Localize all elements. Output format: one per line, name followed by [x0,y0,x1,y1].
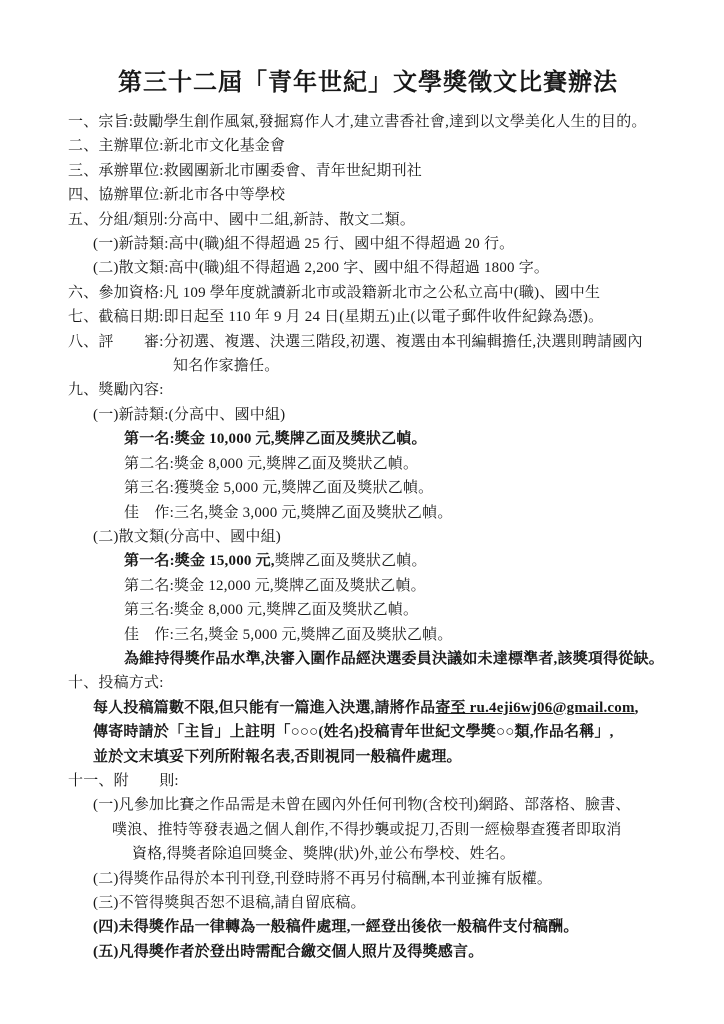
text-run: 二、主辦單位:新北市文化基金會 [68,138,285,154]
text-run: 每人投稿篇數不限,但只能有一篇進入決選,請將作品 [93,700,435,716]
doc-line: 二、主辦單位:新北市文化基金會 [68,134,668,158]
text-run: 第二名:獎金 12,000 元,獎牌乙面及獎狀乙幀。 [124,578,426,594]
text-run: 佳 作:三名,獎金 5,000 元,獎牌乙面及獎狀乙幀。 [124,627,453,643]
text-run: 第三名:獲獎金 5,000 元,獎牌乙面及獎狀乙幀。 [124,480,433,496]
text-run: 為維持得獎作品水準,決審入圍作品經決選委員決議如未達標準者,該獎項得從缺。 [124,651,664,667]
doc-line: 並於文末填妥下列所附報名表,否則視同一般稿件處理。 [68,745,668,769]
doc-line: 三、承辦單位:救國團新北市團委會、青年世紀期刊社 [68,159,668,183]
doc-line: (二)散文類(分高中、國中組) [68,525,668,549]
doc-line: 第三名:獲獎金 5,000 元,獎牌乙面及獎狀乙幀。 [68,476,668,500]
text-run: 四、協辦單位:新北市各中等學校 [68,187,285,203]
text-run: 並於文末填妥下列所附報名表,否則視同一般稿件處理。 [93,749,462,765]
doc-line: 第一名:獎金 10,000 元,獎牌乙面及獎狀乙幀。 [68,427,668,451]
document-title: 第三十二屆「青年世紀」文學獎徵文比賽辦法 [68,62,668,97]
text-run: (二)散文類:高中(職)組不得超過 2,200 字、國中組不得超過 1800 字… [93,260,549,276]
doc-line: 第一名:獎金 15,000 元,獎牌乙面及獎狀乙幀。 [68,549,668,573]
doc-line: 傳寄時請於「主旨」上註明「○○○(姓名)投稿青年世紀文學獎○○類,作品名稱」, [68,720,668,744]
text-run: 七、截稿日期:即日起至 110 年 9 月 24 日(星期五)止(以電子郵件收件… [68,309,603,325]
doc-line: (一)新詩類:(分高中、國中組) [68,403,668,427]
doc-line: 第二名:獎金 8,000 元,獎牌乙面及獎狀乙幀。 [68,452,668,476]
text-run: (一)新詩類:(分高中、國中組) [93,407,285,423]
doc-line: (五)凡得獎作者於登出時需配合繳交個人照片及得獎感言。 [68,940,668,964]
doc-line: 四、協辦單位:新北市各中等學校 [68,183,668,207]
text-run: 第一名:獎金 10,000 元,獎牌乙面及獎狀乙幀。 [124,431,427,447]
doc-line: 十、投稿方式: [68,671,668,695]
doc-line: 六、參加資格:凡 109 學年度就讀新北市或設籍新北市之公私立高中(職)、國中生 [68,281,668,305]
doc-line: 第二名:獎金 12,000 元,獎牌乙面及獎狀乙幀。 [68,574,668,598]
text-run: 九、獎勵內容: [68,382,164,398]
document-body: 一、宗旨:鼓勵學生創作風氣,發掘寫作人才,建立書香社會,達到以文學美化人生的目的… [68,110,668,964]
doc-line: 十一、附 則: [68,769,668,793]
text-run: 第一名:獎金 15,000 元, [124,553,275,569]
doc-line: 五、分組/類別:分高中、國中二組,新詩、散文二類。 [68,208,668,232]
doc-line: 第三名:獎金 8,000 元,獎牌乙面及獎狀乙幀。 [68,598,668,622]
text-run: 六、參加資格:凡 109 學年度就讀新北市或設籍新北市之公私立高中(職)、國中生 [68,285,600,301]
text-run: (四)未得獎作品一律轉為一般稿件處理,一經登出後依一般稿件支付稿酬。 [93,919,579,935]
text-run: 十、投稿方式: [68,675,164,691]
doc-line: 七、截稿日期:即日起至 110 年 9 月 24 日(星期五)止(以電子郵件收件… [68,305,668,329]
document-page: 第三十二屆「青年世紀」文學獎徵文比賽辦法 一、宗旨:鼓勵學生創作風氣,發掘寫作人… [0,0,724,1024]
text-run: 五、分組/類別:分高中、國中二組,新詩、散文二類。 [68,212,415,228]
email-address: 寄至 ru.4eji6wj06@gmail.com [435,700,634,716]
text-run: 噗浪、推特等發表過之個人創作,不得抄襲或捉刀,否則一經檢舉查獲者即取消 [112,822,622,838]
doc-line: 一、宗旨:鼓勵學生創作風氣,發掘寫作人才,建立書香社會,達到以文學美化人生的目的… [68,110,668,134]
text-run: 傳寄時請於「主旨」上註明「○○○(姓名)投稿青年世紀文學獎○○類,作品名稱」, [93,724,614,740]
text-run: (三)不管得獎與否恕不退稿,請自留底稿。 [93,895,366,911]
text-run: 第三名:獎金 8,000 元,獎牌乙面及獎狀乙幀。 [124,602,418,618]
doc-line: (一)新詩類:高中(職)組不得超過 25 行、國中組不得超過 20 行。 [68,232,668,256]
doc-line: 八、評 審:分初選、複選、決選三階段,初選、複選由本刊編輯擔任,決選則聘請國內 [68,330,668,354]
doc-line: 每人投稿篇數不限,但只能有一篇進入決選,請將作品寄至 ru.4eji6wj06@… [68,696,668,720]
doc-line: 知名作家擔任。 [68,354,668,378]
text-run: 三、承辦單位:救國團新北市團委會、青年世紀期刊社 [68,163,422,179]
text-run: 第二名:獎金 8,000 元,獎牌乙面及獎狀乙幀。 [124,456,418,472]
text-run: (五)凡得獎作者於登出時需配合繳交個人照片及得獎感言。 [93,944,483,960]
doc-line: (一)凡參加比賽之作品需是未曾在國內外任何刊物(含校刊)網路、部落格、臉書、 [68,793,668,817]
text-run: 知名作家擔任。 [173,358,279,374]
doc-line: 九、獎勵內容: [68,378,668,402]
text-run: 資格,得獎者除追回獎金、獎牌(狀)外,並公布學校、姓名。 [132,846,515,862]
text-run: (二)得獎作品得於本刊刊登,刊登時將不再另付稿酬,本刊並擁有版權。 [93,871,552,887]
doc-line: (三)不管得獎與否恕不退稿,請自留底稿。 [68,891,668,915]
text-run: 一、宗旨:鼓勵學生創作風氣,發掘寫作人才,建立書香社會,達到以文學美化人生的目的… [68,114,647,130]
text-run: 十一、附 則: [68,773,179,789]
text-run: (一)新詩類:高中(職)組不得超過 25 行、國中組不得超過 20 行。 [93,236,514,252]
text-run: (二)散文類(分高中、國中組) [93,529,281,545]
text-run: 佳 作:三名,獎金 3,000 元,獎牌乙面及獎狀乙幀。 [124,505,453,521]
doc-line: 佳 作:三名,獎金 5,000 元,獎牌乙面及獎狀乙幀。 [68,623,668,647]
text-run: , [635,700,639,716]
text-run: 八、評 審:分初選、複選、決選三階段,初選、複選由本刊編輯擔任,決選則聘請國內 [68,334,643,350]
doc-line: 資格,得獎者除追回獎金、獎牌(狀)外,並公布學校、姓名。 [68,842,668,866]
doc-line: 佳 作:三名,獎金 3,000 元,獎牌乙面及獎狀乙幀。 [68,501,668,525]
doc-line: (四)未得獎作品一律轉為一般稿件處理,一經登出後依一般稿件支付稿酬。 [68,915,668,939]
text-run: 獎牌乙面及獎狀乙幀。 [275,553,427,569]
doc-line: 噗浪、推特等發表過之個人創作,不得抄襲或捉刀,否則一經檢舉查獲者即取消 [68,818,668,842]
doc-line: 為維持得獎作品水準,決審入圍作品經決選委員決議如未達標準者,該獎項得從缺。 [68,647,668,671]
doc-line: (二)得獎作品得於本刊刊登,刊登時將不再另付稿酬,本刊並擁有版權。 [68,867,668,891]
doc-line: (二)散文類:高中(職)組不得超過 2,200 字、國中組不得超過 1800 字… [68,256,668,280]
text-run: (一)凡參加比賽之作品需是未曾在國內外任何刊物(含校刊)網路、部落格、臉書、 [93,797,631,813]
